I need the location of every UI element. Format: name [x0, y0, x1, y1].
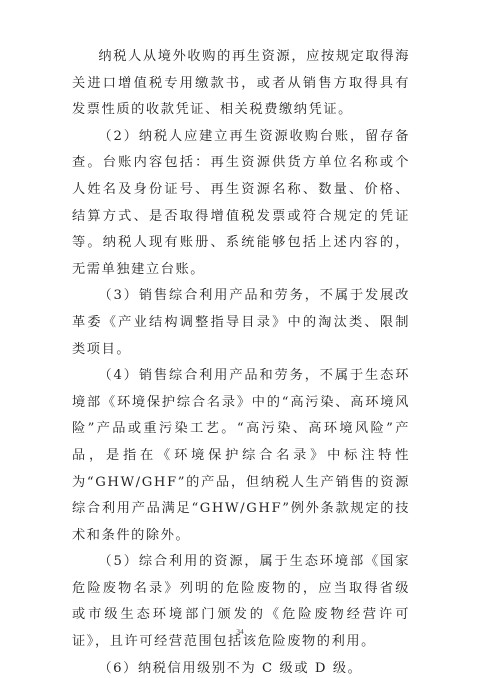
- paragraph-import-vouchers: 纳税人从境外收购的再生资源，应按规定取得海关进口增值税专用缴款书，或者从销售方取…: [72, 44, 410, 124]
- paragraph-item-3-catalog: （3）销售综合利用产品和劳务，不属于发展改革委《产业结构调整指导目录》中的淘汰类…: [72, 283, 410, 363]
- page-number: 34: [0, 627, 480, 636]
- paragraph-item-6-credit-level: （6）纳税信用级别不为 C 级或 D 级。: [72, 656, 410, 678]
- paragraph-item-4-environment: （4）销售综合利用产品和劳务，不属于生态环境部《环境保护综合名录》中的“高污染、…: [72, 363, 410, 549]
- paragraph-item-2-ledger: （2）纳税人应建立再生资源收购台账，留存备查。台账内容包括：再生资源供货方单位名…: [72, 124, 410, 284]
- document-body: 纳税人从境外收购的再生资源，应按规定取得海关进口增值税专用缴款书，或者从销售方取…: [72, 44, 410, 678]
- paragraph-item-5-hazardous-waste: （5）综合利用的资源，属于生态环境部《国家危险废物名录》列明的危险废物的，应当取…: [72, 549, 410, 655]
- document-page: 纳税人从境外收购的再生资源，应按规定取得海关进口增值税专用缴款书，或者从销售方取…: [0, 0, 480, 678]
